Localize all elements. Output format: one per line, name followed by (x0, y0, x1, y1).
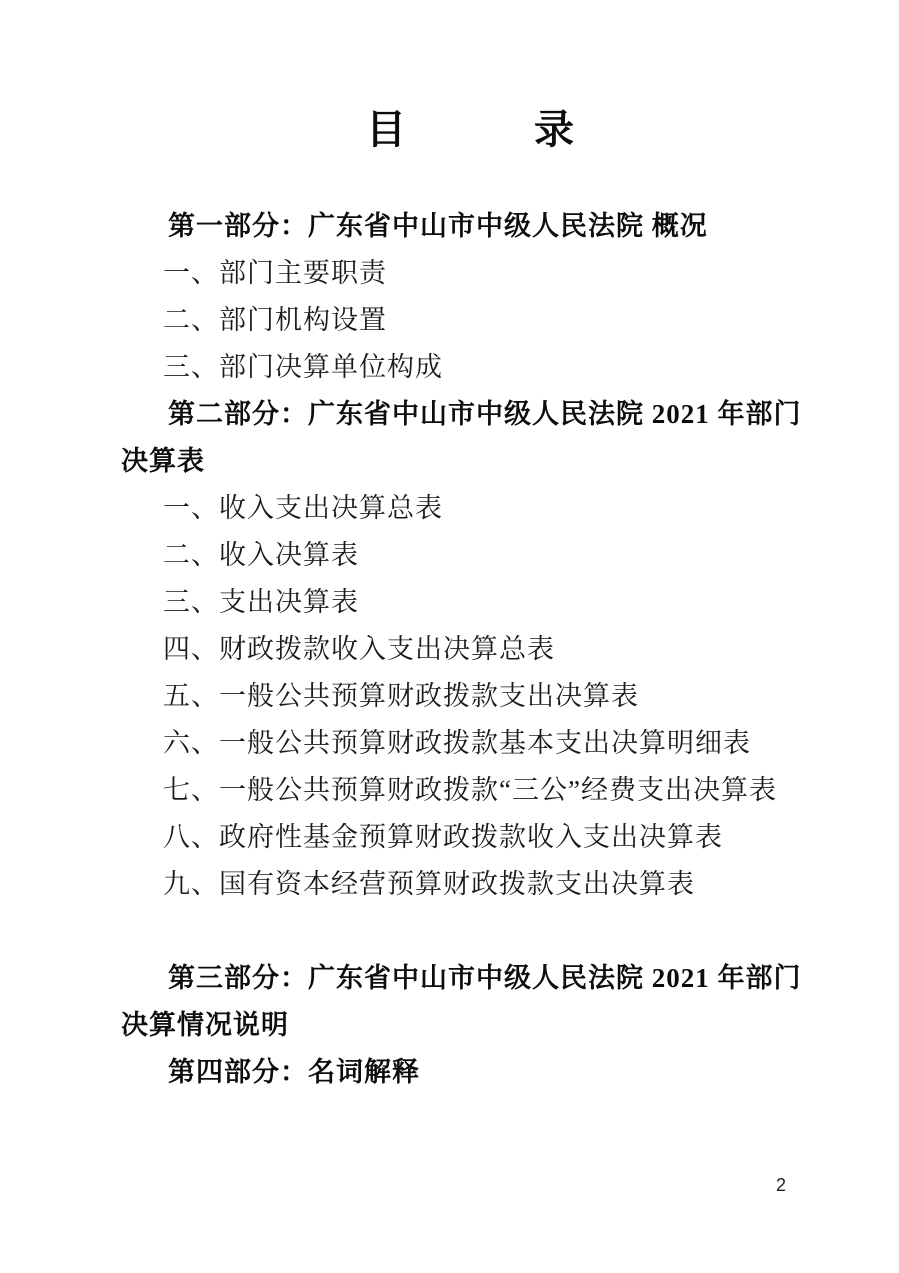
toc-item: 一、部门主要职责 (121, 250, 821, 297)
table-of-contents: 第一部分：广东省中山市中级人民法院 概况 一、部门主要职责 二、部门机构设置 三… (121, 203, 821, 1096)
toc-section-3-heading: 第三部分：广东省中山市中级人民法院 2021 年部门决算情况说明 (121, 955, 821, 1049)
toc-item: 四、财政拨款收入支出决算总表 (121, 626, 821, 673)
toc-item: 五、一般公共预算财政拨款支出决算表 (121, 673, 821, 720)
page-number: 2 (776, 1174, 786, 1196)
toc-item: 七、一般公共预算财政拨款“三公”经费支出决算表 (121, 767, 821, 814)
toc-item: 二、收入决算表 (121, 532, 821, 579)
toc-item: 二、部门机构设置 (121, 297, 821, 344)
toc-section-1-heading: 第一部分：广东省中山市中级人民法院 概况 (121, 203, 821, 250)
toc-item: 八、政府性基金预算财政拨款收入支出决算表 (121, 814, 821, 861)
toc-section-4-heading: 第四部分：名词解释 (121, 1049, 821, 1096)
toc-item: 六、一般公共预算财政拨款基本支出决算明细表 (121, 720, 821, 767)
toc-item: 九、国有资本经营预算财政拨款支出决算表 (121, 861, 821, 908)
toc-item: 三、支出决算表 (121, 579, 821, 626)
document-page: 目 录 第一部分：广东省中山市中级人民法院 概况 一、部门主要职责 二、部门机构… (0, 0, 899, 1273)
toc-item: 三、部门决算单位构成 (121, 344, 821, 391)
toc-section-2-heading: 第二部分：广东省中山市中级人民法院 2021 年部门决算表 (121, 391, 821, 485)
toc-item: 一、收入支出决算总表 (121, 485, 821, 532)
page-title: 目 录 (121, 100, 821, 160)
